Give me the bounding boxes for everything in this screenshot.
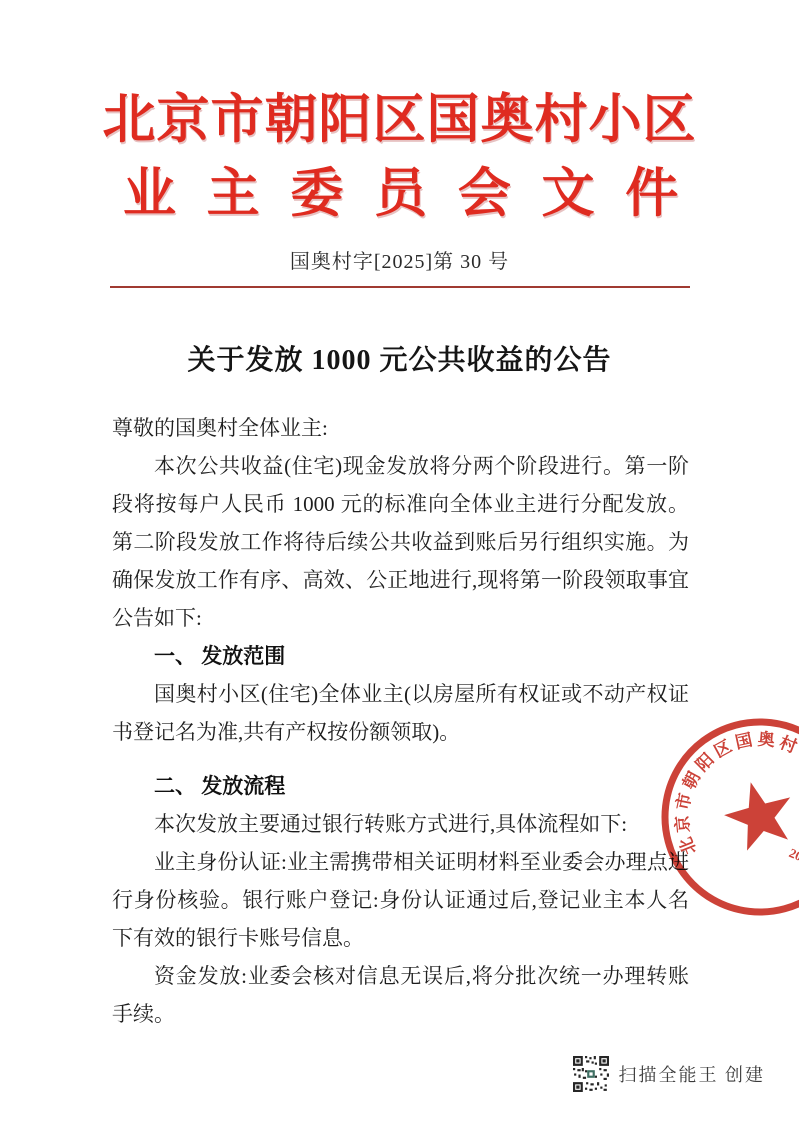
section-2-paragraph-3: 资金发放:业委会核对信息无误后,将分批次统一办理转账手续。 — [112, 957, 689, 1033]
letterhead: 北京市朝阳区国奥村小区 业主委员会文件 国奥村字[2025]第 30 号 — [0, 86, 799, 274]
document-number: 国奥村字[2025]第 30 号 — [0, 245, 799, 274]
notice-title: 关于发放 1000 元公共收益的公告 — [0, 338, 799, 378]
notice-body: 尊敬的国奥村全体业主: 本次公共收益(住宅)现金发放将分两个阶段进行。第一阶段将… — [112, 409, 689, 1033]
salutation: 尊敬的国奥村全体业主: — [112, 409, 689, 447]
scanner-credit-text: 扫描全能王 创建 — [619, 1061, 766, 1087]
section-1-heading: 一、 发放范围 — [112, 637, 689, 675]
letterhead-divider — [110, 286, 690, 288]
section-2-heading: 二、 发放流程 — [112, 767, 689, 805]
seal-star-icon — [718, 773, 799, 854]
section-2-paragraph-2: 业主身份认证:业主需携带相关证明材料至业委会办理点进行身份核验。银行账户登记:身… — [112, 843, 689, 957]
section-1-paragraph: 国奥村小区(住宅)全体业主(以房屋所有权证或不动产权证书登记名为准,共有产权按份… — [112, 675, 689, 751]
qr-code-icon — [573, 1056, 609, 1092]
section-2-paragraph-1: 本次发放主要通过银行转账方式进行,具体流程如下: — [112, 805, 689, 843]
org-name-line2: 业主委员会文件 — [108, 161, 692, 227]
scanner-footer: 扫描全能王 创建 — [573, 1056, 766, 1092]
intro-paragraph: 本次公共收益(住宅)现金发放将分两个阶段进行。第一阶段将按每户人民币 1000 … — [112, 447, 689, 637]
org-name-line1: 北京市朝阳区国奥村小区 — [0, 86, 799, 155]
seal-year-text: 2021· — [787, 845, 799, 871]
document-page: 北京市朝阳区国奥村小区 业主委员会文件 国奥村字[2025]第 30 号 关于发… — [0, 0, 799, 1125]
